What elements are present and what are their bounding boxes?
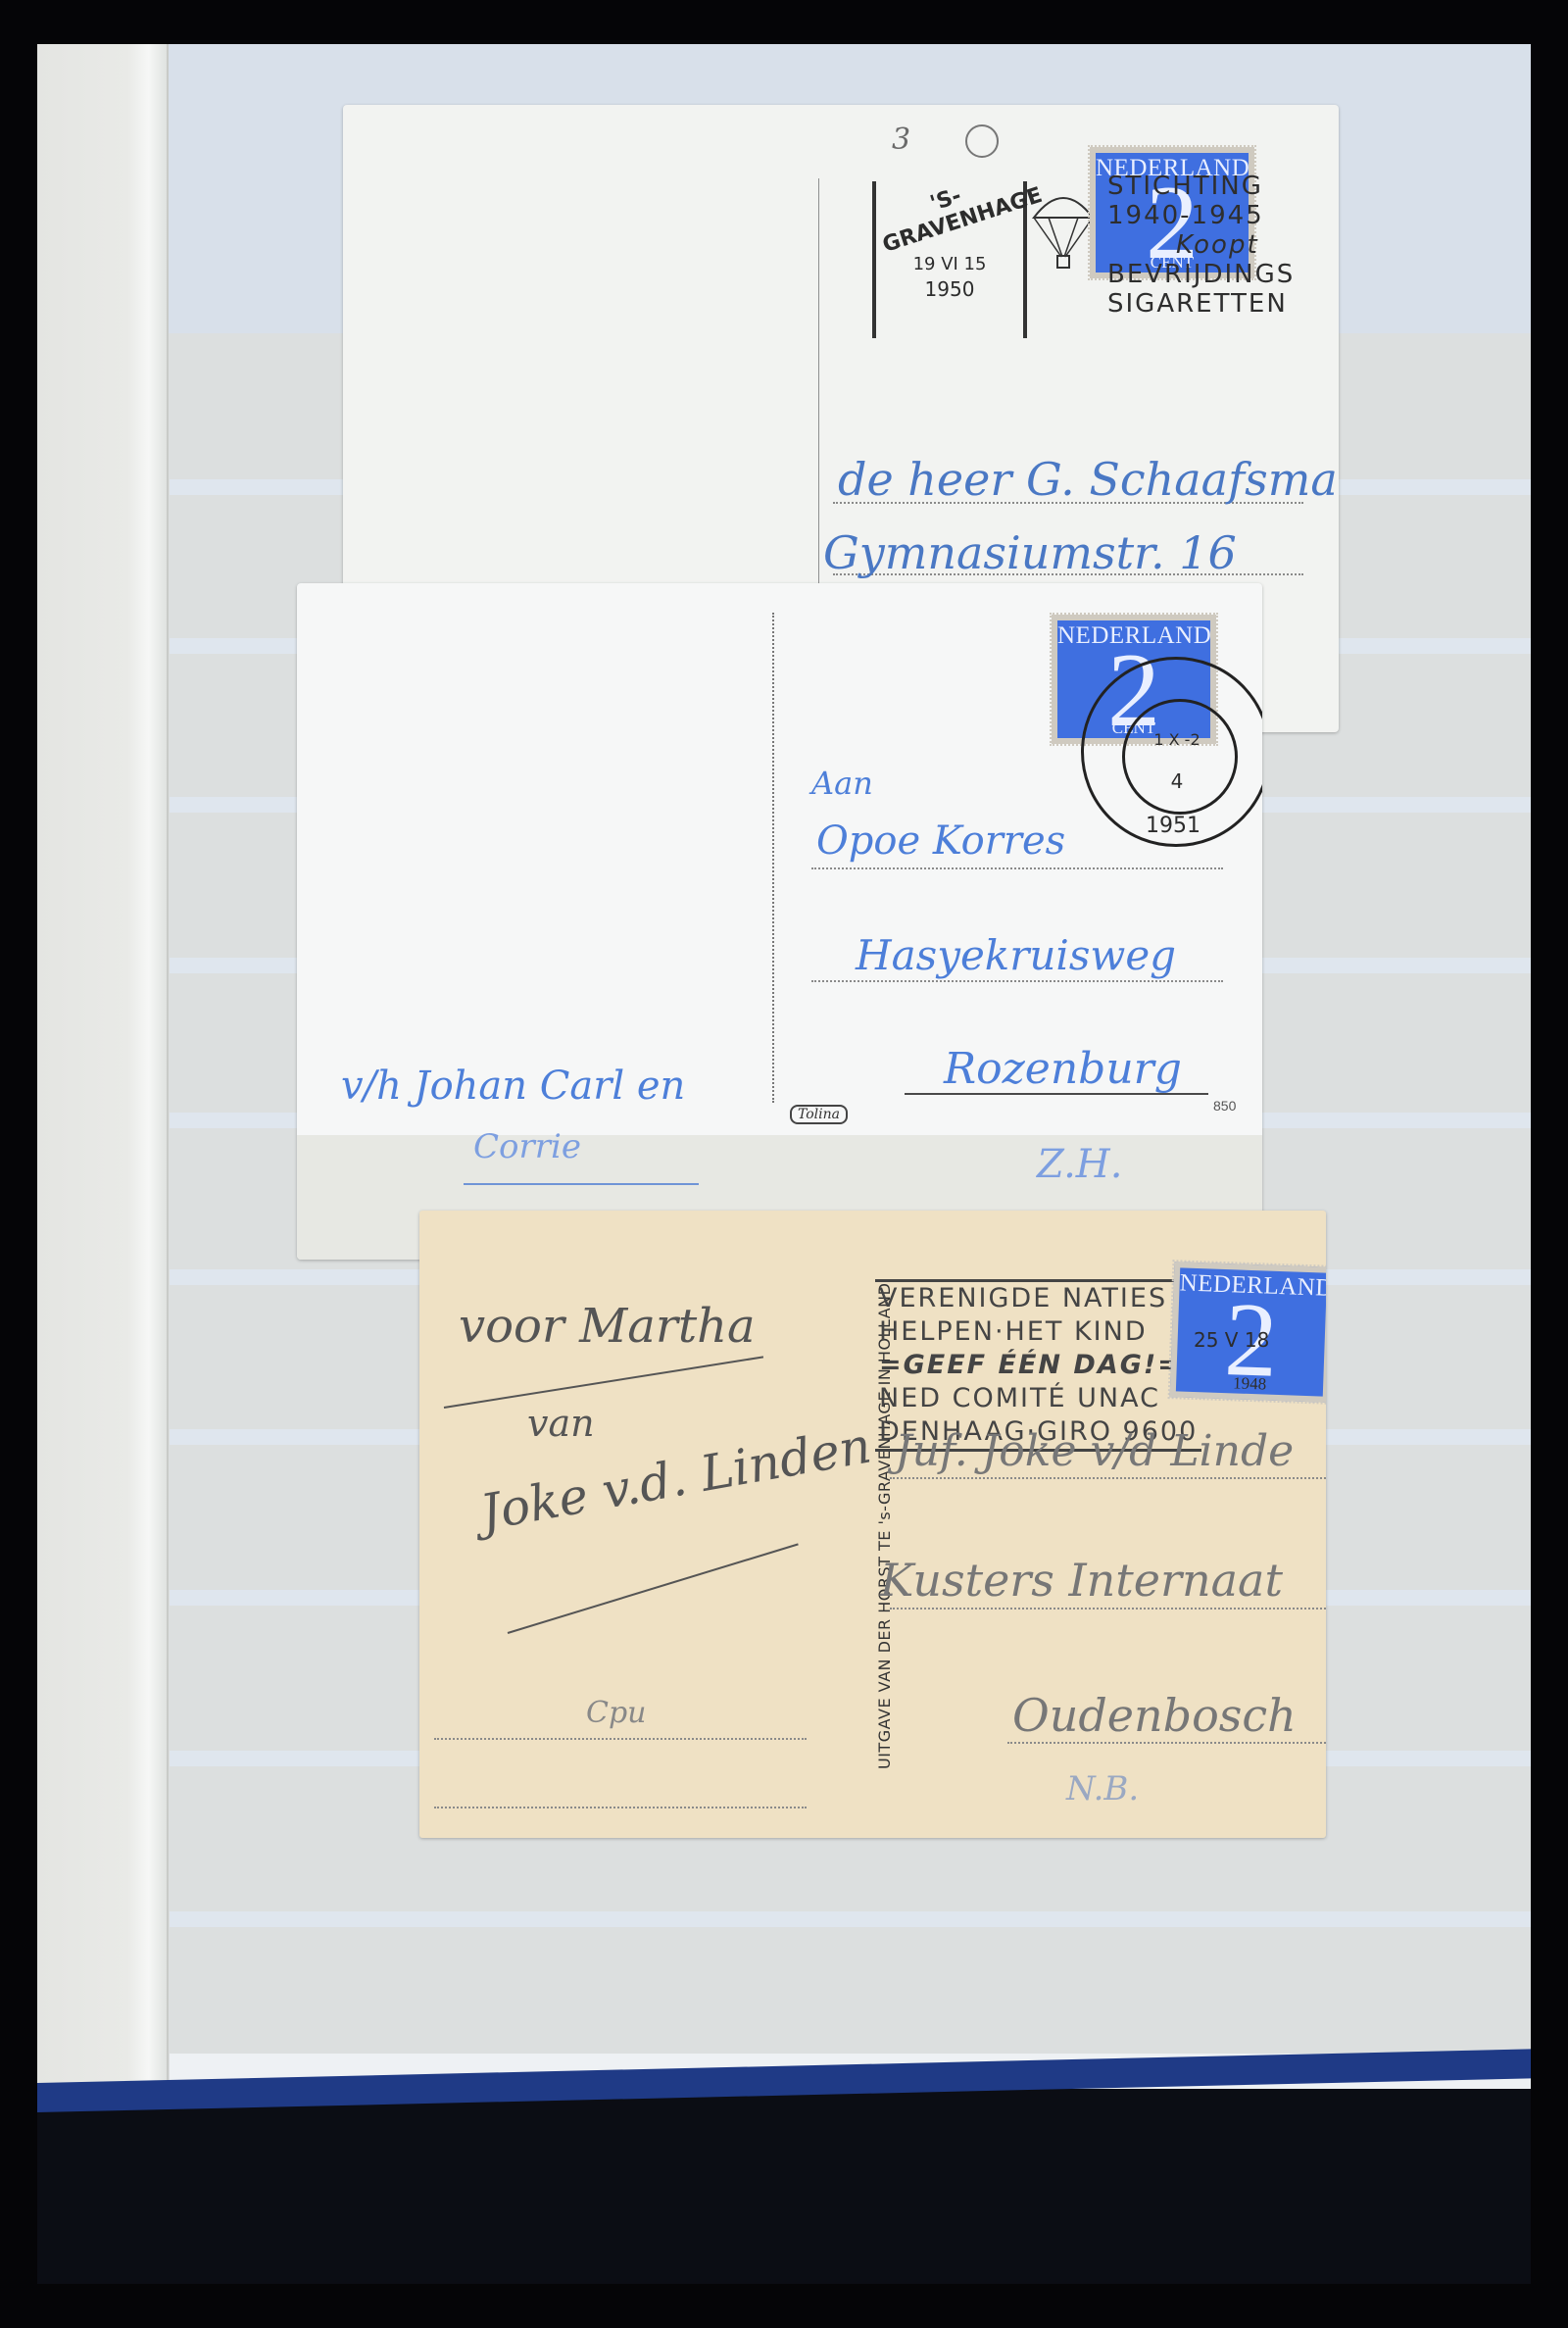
postmark-date: 1 X -2 [1122,730,1232,749]
postmark-inner-ring [1122,699,1238,815]
postmark-year: 1951 [1081,814,1262,838]
address-line-2: Kusters Internaat [880,1554,1283,1607]
address-line-4: Rozenburg [944,1044,1182,1094]
sender-underline [464,1183,699,1185]
postmark-hour: 4 [1122,769,1232,793]
address-line-1: Aan [811,765,873,802]
cancel-box: 'S-GRAVENHAGE 19 VI 15 1950 [872,181,1027,338]
message-line-2: van [527,1402,595,1445]
address-line-2: Opoe Korres [816,818,1065,864]
cancel-date: 25 V 18 [1194,1328,1269,1352]
card-divider [772,613,774,1103]
cancel-date: 19 VI 15 [876,254,1023,274]
print-number: 850 [1213,1098,1236,1114]
message-underline [508,1543,799,1634]
address-line [811,980,1223,982]
address-line-1: de heer G. Schaafsma [838,453,1338,506]
pencil-note: Cpu [586,1696,646,1730]
cancel-slogan: STICHTING 1940-1945 Koopt BEVRIJDINGS SI… [1107,172,1295,319]
message-underline [444,1356,763,1409]
message-line-1: voor Martha [459,1299,756,1354]
address-line [434,1807,807,1808]
cancel-year: 1950 [876,277,1023,301]
address-line [811,867,1223,869]
cancel-city: 'S-GRAVENHAGE [872,166,1027,258]
address-line-4: N.B. [1066,1769,1139,1808]
address-line [890,1477,1326,1479]
sender-line-2: Corrie [473,1127,581,1166]
parachute-icon [1029,183,1098,272]
album-binding [37,44,169,2107]
photo-frame: 3 'S-GRAVENHAGE 19 VI 15 1950 NEDERLAND … [37,44,1531,2284]
address-line-5: Z.H. [1037,1142,1122,1187]
address-line-3: Hasyekruisweg [856,931,1176,979]
address-line-2: Gymnasiumstr. 16 [823,526,1237,579]
pencil-note: 3 [892,123,910,157]
postcard-2: NEDERLAND 2 CENT 1 X -2 4 1951 Aan Opoe … [297,583,1262,1260]
sender-line-1: v/h Johan Carl en [341,1064,685,1109]
address-line [434,1738,807,1740]
stamp-cancel-year: 1948 [1176,1371,1324,1396]
address-line-3: Oudenbosch [1012,1689,1297,1742]
address-line [890,1608,1326,1610]
pencil-scribble [965,124,999,158]
address-line-1: Juf. Joke v/d Linde [895,1426,1294,1476]
postcard-3: UITGAVE VAN DER HORST TE 's-GRAVENHAGE I… [419,1211,1326,1838]
publisher-logo: Tolina [790,1105,848,1124]
album-strip [170,1911,1531,1927]
address-line [1007,1742,1326,1744]
